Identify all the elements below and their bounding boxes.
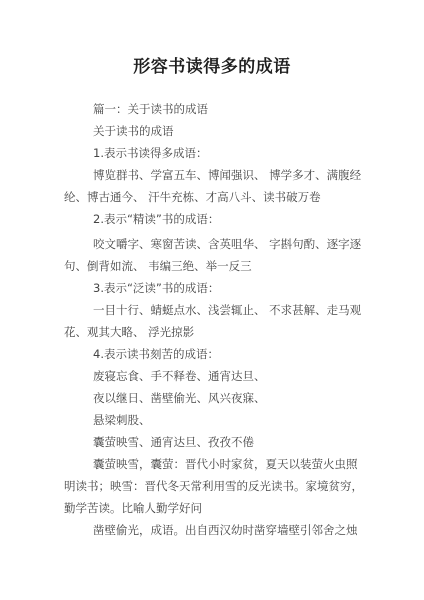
paragraph-line: 咬文嚼字、寒窗苦读、含英咀华、 字斟句酌、逐字逐 (93, 237, 361, 251)
paragraph-line: 悬梁刺股、 (93, 413, 151, 427)
document-page: 形容书读得多的成语 篇一：关于读书的成语关于读书的成语1.表示书读得多成语：博览… (0, 0, 424, 600)
paragraph-line: 囊萤映雪，囊萤：晋代小时家贫，夏天以装萤火虫照 (93, 457, 358, 471)
paragraph-line: 句、倒背如流、 韦编三绝、举一反三 (64, 259, 252, 273)
paragraph-line: 废寝忘食、手不释卷、通宵达旦、 (93, 369, 266, 383)
paragraph-line: 明读书；映雪：晋代冬天常利用雪的反光读书。家境贫穷， (64, 479, 363, 493)
paragraph-line: 关于读书的成语 (93, 124, 174, 138)
paragraph-line: 1.表示书读得多成语： (93, 146, 207, 160)
paragraph-line: 一目十行、蜻蜓点水、浅尝辄止、 不求甚解、走马观 (93, 303, 361, 317)
paragraph-line: 4.表示读书刻苦的成语： (93, 347, 219, 361)
paragraph-line: 篇一：关于读书的成语 (93, 102, 208, 116)
paragraph-line: 2.表示“精读”书的成语： (93, 212, 219, 226)
paragraph-line: 纶、博古通今、 汗牛充栋、才高八斗、读书破万卷 (64, 190, 321, 204)
document-title: 形容书读得多的成语 (0, 52, 424, 77)
paragraph-line: 3.表示“泛读”书的成语： (93, 281, 219, 295)
paragraph-line: 囊萤映雪、通宵达旦、孜孜不倦 (93, 435, 254, 449)
paragraph-line: 花、观其大略、 浮光掠影 (64, 325, 194, 339)
paragraph-line: 博览群书、学富五车、博闻强识、 博学多才、满腹经 (93, 168, 361, 182)
paragraph-line: 勤学苦读。比喻人勤学好问 (64, 501, 202, 515)
paragraph-line: 凿壁偷光，成语。出自西汉幼时凿穿墙壁引邻舍之烛 (93, 523, 358, 537)
paragraph-line: 夜以继日、凿壁偷光、风兴夜寐、 (93, 391, 266, 405)
